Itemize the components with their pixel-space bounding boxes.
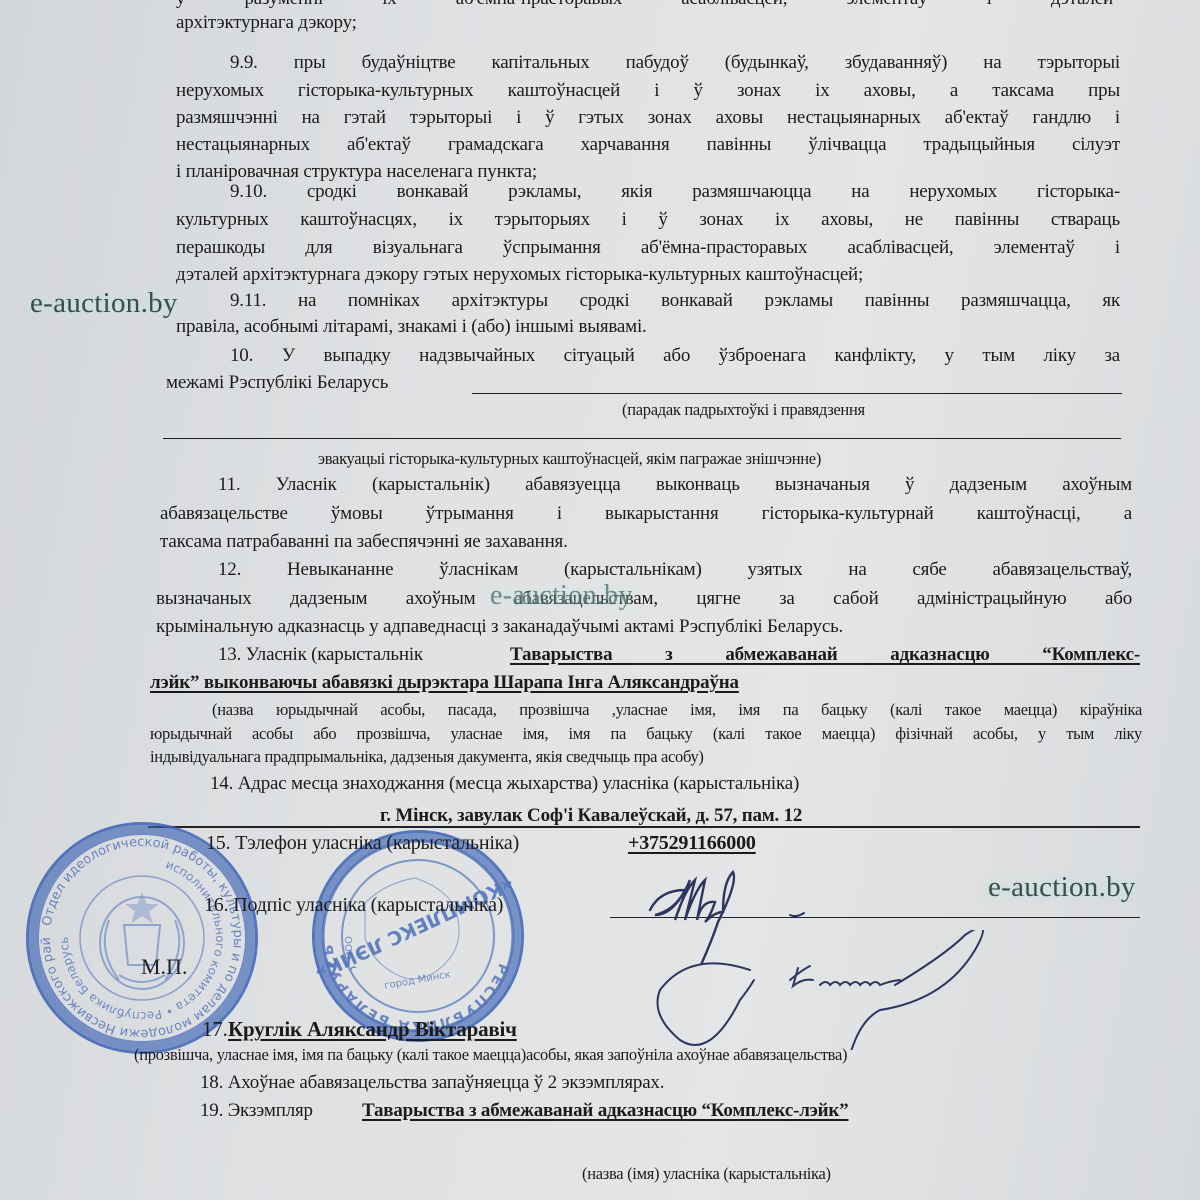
paragraph-17-number: 17. [202, 1017, 228, 1041]
paragraph-19-label: 19. Экзэмпляр [200, 1099, 313, 1123]
paragraph-9-9-line-2: нерухомых гісторыка-культурных каштоўнас… [176, 79, 1120, 103]
watermark-text: e-auction.by [30, 287, 178, 320]
filler-name-value: Круглік Аляксандр Віктаравіч [228, 1017, 517, 1041]
field-hint: юрыдычнай асобы або прозвішча, уласнае і… [150, 722, 1142, 746]
svg-text:исполнительного комитета • Рес: исполнительного комитета • Республика Бе… [57, 857, 227, 1023]
paragraph-9-11-line-2: правіла, асобнымі літарамі, знакамі і (а… [176, 315, 647, 339]
paragraph-9-11-line-1: 9.11. на помніках архітэктуры сродкі вон… [230, 289, 1120, 313]
paragraph-11-line-3: таксама патрабаванні па забеспячэнні яе … [160, 530, 568, 554]
copy-owner-value: Таварыства з абмежаванай адказнасцю “Ком… [362, 1099, 848, 1123]
paragraph-11-line-2: абавязацельстве ўмовы ўтрымання і выкары… [160, 502, 1132, 526]
paragraph-12-line-1: 12. Невыкананне ўласнікам (карыстальніка… [218, 558, 1132, 582]
field-hint: эвакуацыі гісторыка-культурных каштоўнас… [318, 447, 821, 471]
watermark-text: e-auction.by [988, 871, 1136, 904]
scanned-document-page: у разуменні іх аб'емна-прасторавых асабл… [0, 0, 1200, 1200]
phone-value: +375291166000 [628, 831, 756, 855]
paragraph-18: 18. Ахоўнае абавязацельства запаўняецца … [200, 1071, 664, 1095]
company-seal-right: РЕСПУБЛИКА БЕЛАРУСЬ «КОМПЛЕКС ЛЭЙК» горо… [312, 830, 524, 1042]
paragraph-10-line-1: 10. У выпадку надзвычайных сітуацый або … [230, 344, 1120, 368]
fill-in-line [163, 438, 1121, 439]
paragraph-10-line-2: межамі Рэспублікі Беларусь [166, 371, 388, 395]
field-hint: (назва юрыдычнай асобы, пасада, прозвішч… [212, 698, 1142, 722]
paragraph-9-10-line-4: дэталей архітэктурнага дэкору гэтых неру… [176, 263, 863, 287]
paragraph-9-9-line-1: 9.9. пры будаўніцтве капітальных пабудоў… [230, 51, 1120, 75]
fill-in-line [148, 826, 1140, 828]
field-hint: (парадак падрыхтоўкі і правядзення [622, 398, 865, 422]
paragraph-9-10-line-1: 9.10. сродкі вонкавай рэкламы, якія разм… [230, 180, 1120, 204]
paragraph-9-10-line-2: культурных каштоўнасцях, іх тэрыторыях і… [176, 208, 1120, 232]
paragraph-9-9-line-4: нестацыянарных аб'ектаў грамадскага харч… [176, 133, 1120, 157]
text-line-cut: у разуменні іх аб'емна-прасторавых асабл… [176, 0, 1113, 11]
paragraph-9-10-line-3: перашкоды для візуальнага ўспрымання аб'… [176, 236, 1120, 260]
paragraph-15-label: 15. Тэлефон уласніка (карыстальніка) [206, 831, 519, 855]
fill-in-line [472, 393, 1122, 394]
paragraph-13-label: 13. Уласнік (карыстальнік [218, 643, 423, 667]
paragraph-12-line-3: крымінальную адказнасць у адпаведнасці з… [156, 615, 843, 639]
address-value: г. Мінск, завулак Соф'і Кавалеўскай, д. … [380, 804, 802, 828]
paragraph-14-label: 14. Адрас месца знаходжання (месца жыхар… [210, 772, 799, 796]
filler-signature [640, 930, 1020, 1050]
owner-name-value-1: Таварыства з абмежаванай адказнасцю “Ком… [510, 643, 1140, 667]
svg-text:Отдел идеологической работы, к: Отдел идеологической работы, культуры и … [29, 825, 245, 1041]
field-hint: (назва (імя) уласніка (карыстальніка) [582, 1162, 831, 1186]
svg-text:ООО: ООО [342, 936, 353, 960]
paragraph-16-label: 16. Подпіс уласніка (карыстальніка) [204, 893, 503, 917]
paragraph-12-line-2: вызначаных дадзеным ахоўным абавязацельс… [156, 587, 1132, 611]
text-line: архітэктурнага дэкору; [176, 11, 357, 35]
field-hint: індывідуальнага прадпрымальніка, дадзены… [150, 745, 704, 769]
owner-name-value-2: лэйк” выконваючы абавязкі дырэктара Шара… [150, 671, 739, 695]
field-hint: (прозвішча, уласнае імя, імя па бацьку (… [134, 1043, 847, 1067]
paragraph-9-9-line-3: размяшчэнні на гэтай тэрыторыі і ў гэтых… [176, 106, 1120, 130]
seal-place-label: М.П. [141, 954, 187, 980]
paragraph-11-line-1: 11. Уласнік (карыстальнік) абавязуецца в… [218, 473, 1132, 497]
watermark-text: e-auction.by [490, 580, 633, 612]
